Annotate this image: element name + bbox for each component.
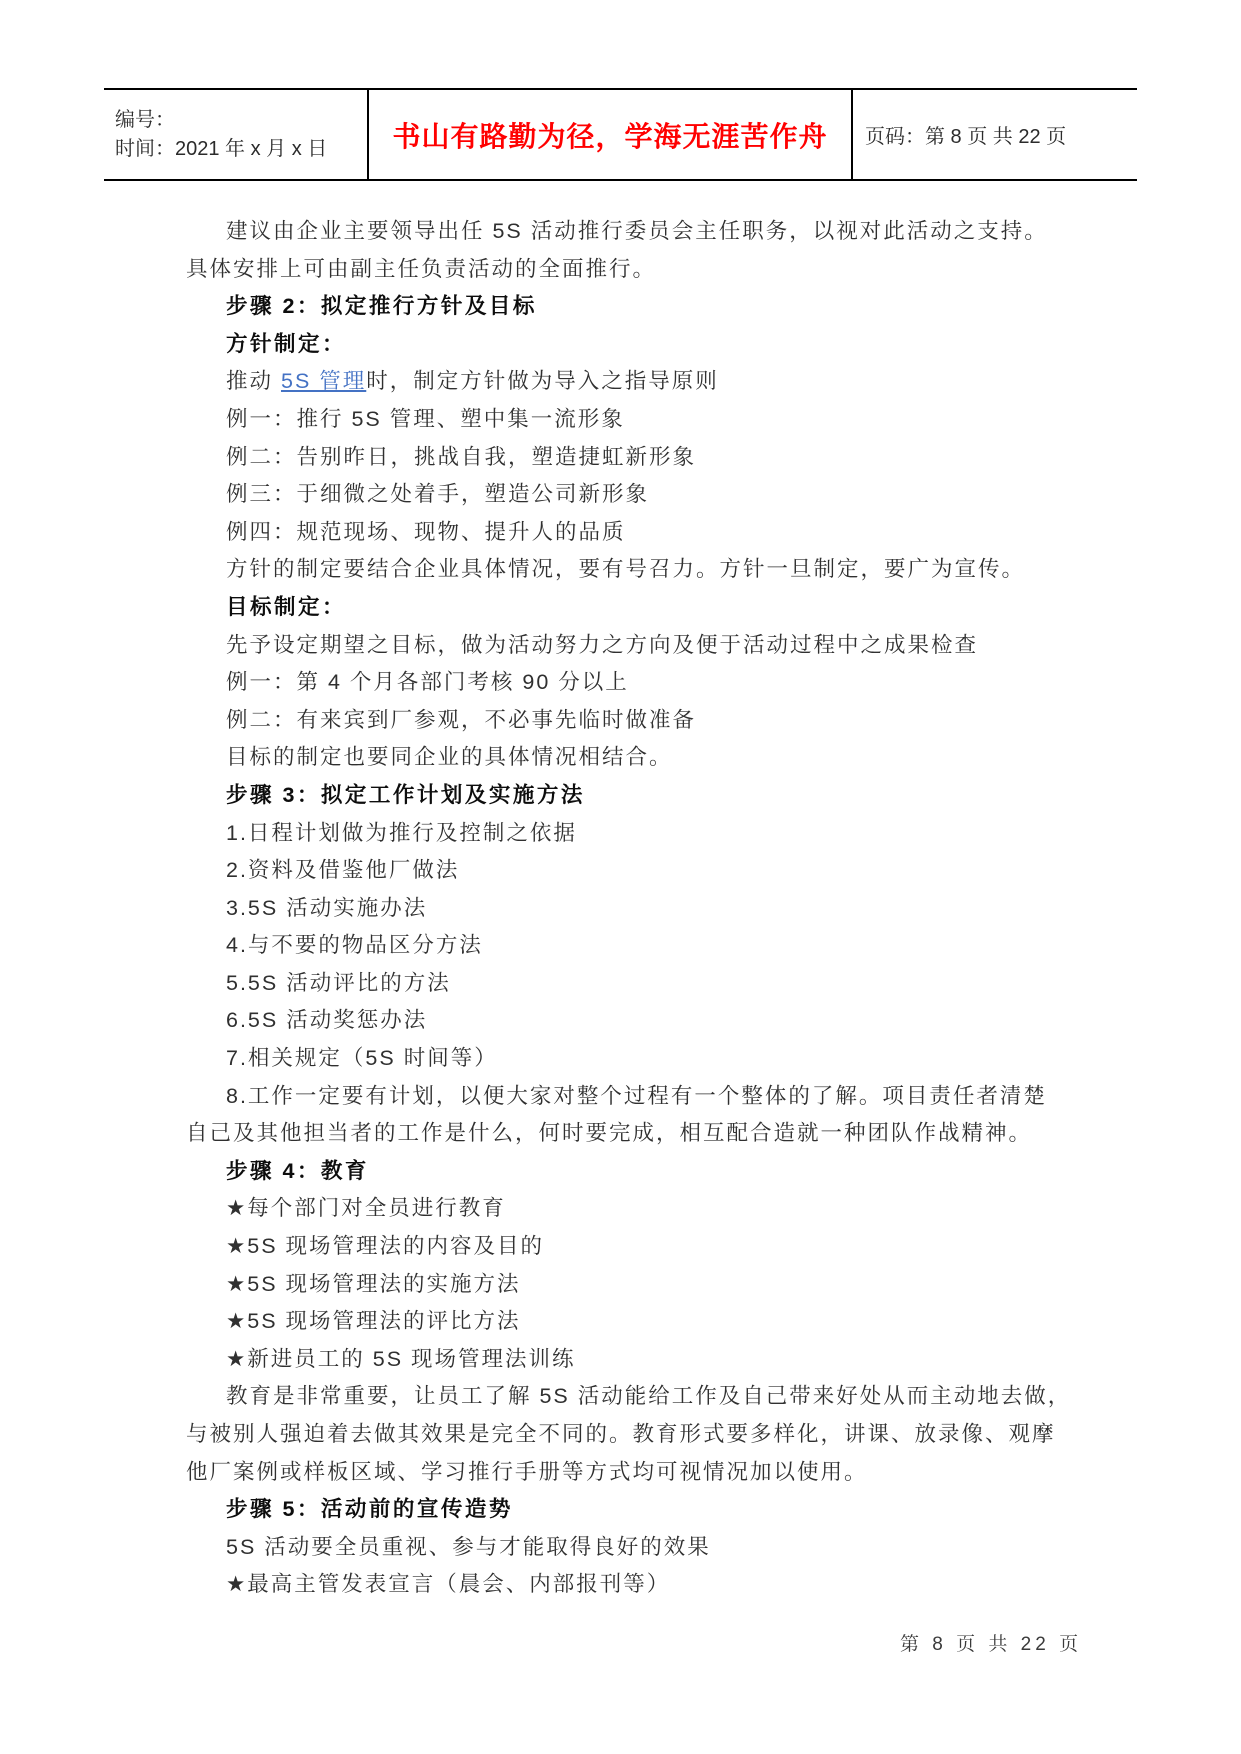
text-line: ★最高主管发表宣言（晨会、内部报刊等） — [186, 1566, 1126, 1604]
text-line: 教育是非常重要，让员工了解 5S 活动能给工作及自己带来好处从而主动地去做， — [186, 1378, 1126, 1416]
text-line: 7.相关规定（5S 时间等） — [186, 1040, 1126, 1078]
text-line: ★新进员工的 5S 现场管理法训练 — [186, 1341, 1126, 1379]
heading-line: 步骤 5：活动前的宣传造势 — [186, 1491, 1126, 1529]
heading-line: 步骤 3：拟定工作计划及实施方法 — [186, 777, 1126, 815]
text-line: 先予设定期望之目标，做为活动努力之方向及便于活动过程中之成果检查 — [186, 627, 1126, 665]
header-right-cell: 页码：第 8 页 共 22 页 — [853, 90, 1137, 179]
text-line: 5.5S 活动评比的方法 — [186, 965, 1126, 1003]
heading-line: 目标制定： — [186, 589, 1126, 627]
text-line: 方针的制定要结合企业具体情况，要有号召力。方针一旦制定，要广为宣传。 — [186, 551, 1126, 589]
text-line: 6.5S 活动奖惩办法 — [186, 1002, 1126, 1040]
text-line: 例一：第 4 个月各部门考核 90 分以上 — [186, 664, 1126, 702]
heading-line: 方针制定： — [186, 326, 1126, 364]
text-line: 8.工作一定要有计划，以便大家对整个过程有一个整体的了解。项目责任者清楚 — [186, 1078, 1126, 1116]
text-segment: 推动 — [226, 369, 281, 393]
text-line: 建议由企业主要领导出任 5S 活动推行委员会主任职务，以视对此活动之支持。 — [186, 213, 1126, 251]
text-line: ★5S 现场管理法的评比方法 — [186, 1303, 1126, 1341]
text-line: ★5S 现场管理法的实施方法 — [186, 1266, 1126, 1304]
header-page-label: 页码：第 8 页 共 22 页 — [865, 120, 1066, 149]
header-table: 编号： 时间：2021 年 x 月 x 日 书山有路勤为径，学海无涯苦作舟 页码… — [104, 88, 1137, 181]
header-left-cell: 编号： 时间：2021 年 x 月 x 日 — [104, 90, 367, 179]
text-line: 4.与不要的物品区分方法 — [186, 927, 1126, 965]
header-time-label: 时间：2021 年 x 月 x 日 — [115, 135, 367, 164]
text-line: 具体安排上可由副主任负责活动的全面推行。 — [186, 251, 1126, 289]
text-line: 例一：推行 5S 管理、塑中集一流形象 — [186, 401, 1126, 439]
heading-line: 步骤 4：教育 — [186, 1153, 1126, 1191]
text-line: 2.资料及借鉴他厂做法 — [186, 852, 1126, 890]
text-line: 推动 5S 管理时，制定方针做为导入之指导原则 — [186, 363, 1126, 401]
text-line: 与被别人强迫着去做其效果是完全不同的。教育形式要多样化，讲课、放录像、观摩 — [186, 1416, 1126, 1454]
text-line: 他厂案例或样板区域、学习推行手册等方式均可视情况加以使用。 — [186, 1454, 1126, 1492]
document-page: 编号： 时间：2021 年 x 月 x 日 书山有路勤为径，学海无涯苦作舟 页码… — [0, 0, 1241, 1754]
page-footer: 第 8 页 共 22 页 — [900, 1629, 1082, 1656]
text-line: 例二：告别昨日，挑战自我，塑造捷虹新形象 — [186, 439, 1126, 477]
text-line: 3.5S 活动实施办法 — [186, 890, 1126, 928]
text-line: 1.日程计划做为推行及控制之依据 — [186, 815, 1126, 853]
hyperlink-5s-management[interactable]: 5S 管理 — [281, 369, 366, 393]
header-motto: 书山有路勤为径，学海无涯苦作舟 — [392, 115, 827, 155]
text-line: 目标的制定也要同企业的具体情况相结合。 — [186, 739, 1126, 777]
header-number-label: 编号： — [115, 106, 367, 135]
text-line: ★5S 现场管理法的内容及目的 — [186, 1228, 1126, 1266]
text-line: 例四：规范现场、现物、提升人的品质 — [186, 514, 1126, 552]
text-line: 自己及其他担当者的工作是什么，何时要完成，相互配合造就一种团队作战精神。 — [186, 1115, 1126, 1153]
text-line: 例二：有来宾到厂参观，不必事先临时做准备 — [186, 702, 1126, 740]
header-middle-cell: 书山有路勤为径，学海无涯苦作舟 — [367, 90, 853, 179]
text-line: ★每个部门对全员进行教育 — [186, 1190, 1126, 1228]
text-segment: 时，制定方针做为导入之指导原则 — [366, 369, 719, 393]
text-line: 例三：于细微之处着手，塑造公司新形象 — [186, 476, 1126, 514]
text-line: 5S 活动要全员重视、参与才能取得良好的效果 — [186, 1529, 1126, 1567]
document-body: 建议由企业主要领导出任 5S 活动推行委员会主任职务，以视对此活动之支持。具体安… — [186, 213, 1126, 1604]
heading-line: 步骤 2：拟定推行方针及目标 — [186, 288, 1126, 326]
